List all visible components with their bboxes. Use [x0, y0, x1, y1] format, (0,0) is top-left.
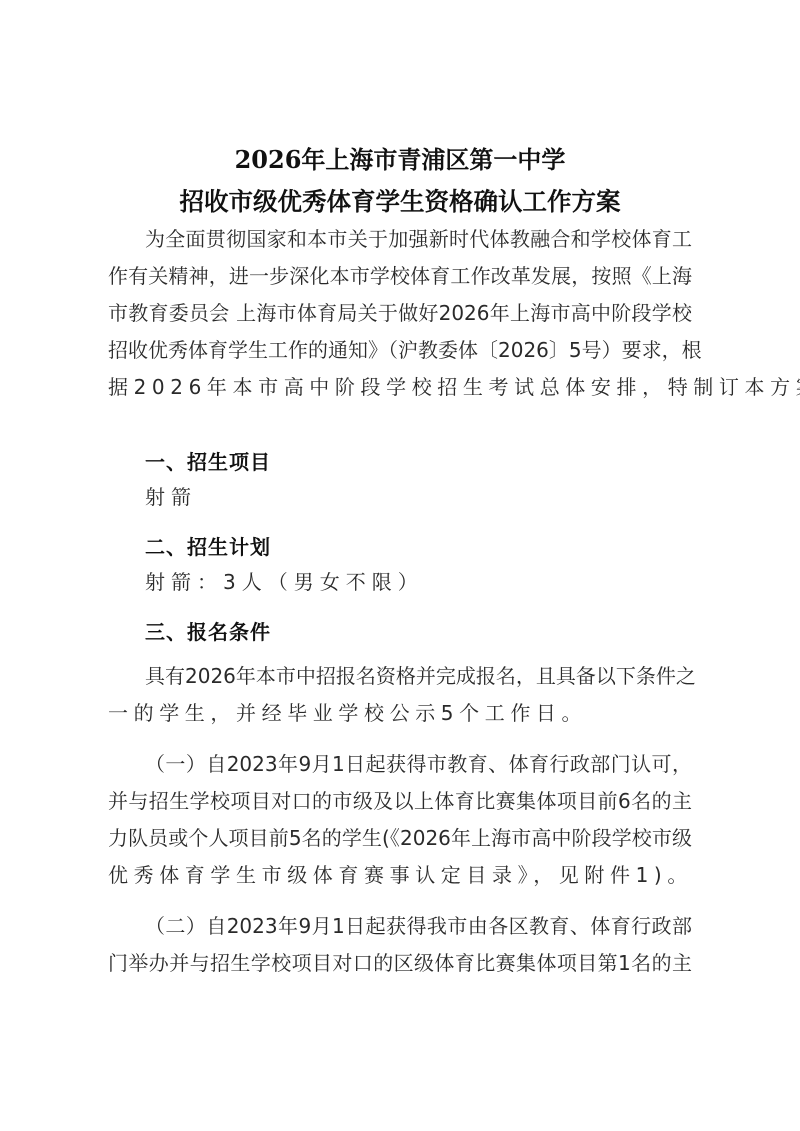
section-heading-2: 二、招生计划	[145, 532, 271, 562]
eligibility-intro-line-1: 具有2026年本市中招报名资格并完成报名，且具备以下条件之	[145, 661, 692, 691]
intro-line-4: 招收优秀体育学生工作的通知》（沪教委体〔2026〕5号）要求，根	[108, 335, 692, 365]
condition-2-line-2: 门举办并与招生学校项目对口的区级体育比赛集体项目第1名的主	[108, 948, 692, 978]
intro-line-2: 作有关精神，进一步深化本市学校体育工作改革发展，按照《上海	[108, 261, 692, 291]
intro-line-3: 市教育委员会 上海市体育局关于做好2026年上海市高中阶段学校	[108, 298, 692, 328]
eligibility-intro-line-2: 一的学生，并经毕业学校公示5个工作日。	[108, 698, 692, 728]
condition-1-line-2: 并与招生学校项目对口的市级及以上体育比赛集体项目前6名的主	[108, 786, 692, 816]
intro-line-1: 为全面贯彻国家和本市关于加强新时代体教融合和学校体育工	[145, 224, 692, 254]
condition-1-line-4: 优秀体育学生市级体育赛事认定目录》，见附件1)。	[108, 860, 692, 890]
section-heading-1: 一、招生项目	[145, 447, 271, 477]
section-content-1: 射箭	[145, 482, 197, 512]
document-title-line-1: 2026年上海市青浦区第一中学	[0, 145, 800, 175]
document-title-line-2: 招收市级优秀体育学生资格确认工作方案	[0, 187, 800, 217]
condition-1-line-1: （一）自2023年9月1日起获得市教育、体育行政部门认可，	[145, 749, 692, 779]
document-page: 2026年上海市青浦区第一中学 招收市级优秀体育学生资格确认工作方案 为全面贯彻…	[0, 0, 800, 1131]
section-heading-3: 三、报名条件	[145, 617, 271, 647]
condition-1-line-3: 力队员或个人项目前5名的学生(《2026年上海市高中阶段学校市级	[108, 823, 692, 853]
condition-2-line-1: （二）自2023年9月1日起获得我市由各区教育、体育行政部	[145, 911, 692, 941]
intro-line-5: 据2026年本市高中阶段学校招生考试总体安排，特制订本方案。	[108, 372, 692, 402]
section-content-2: 射箭：3人（男女不限）	[145, 567, 424, 597]
